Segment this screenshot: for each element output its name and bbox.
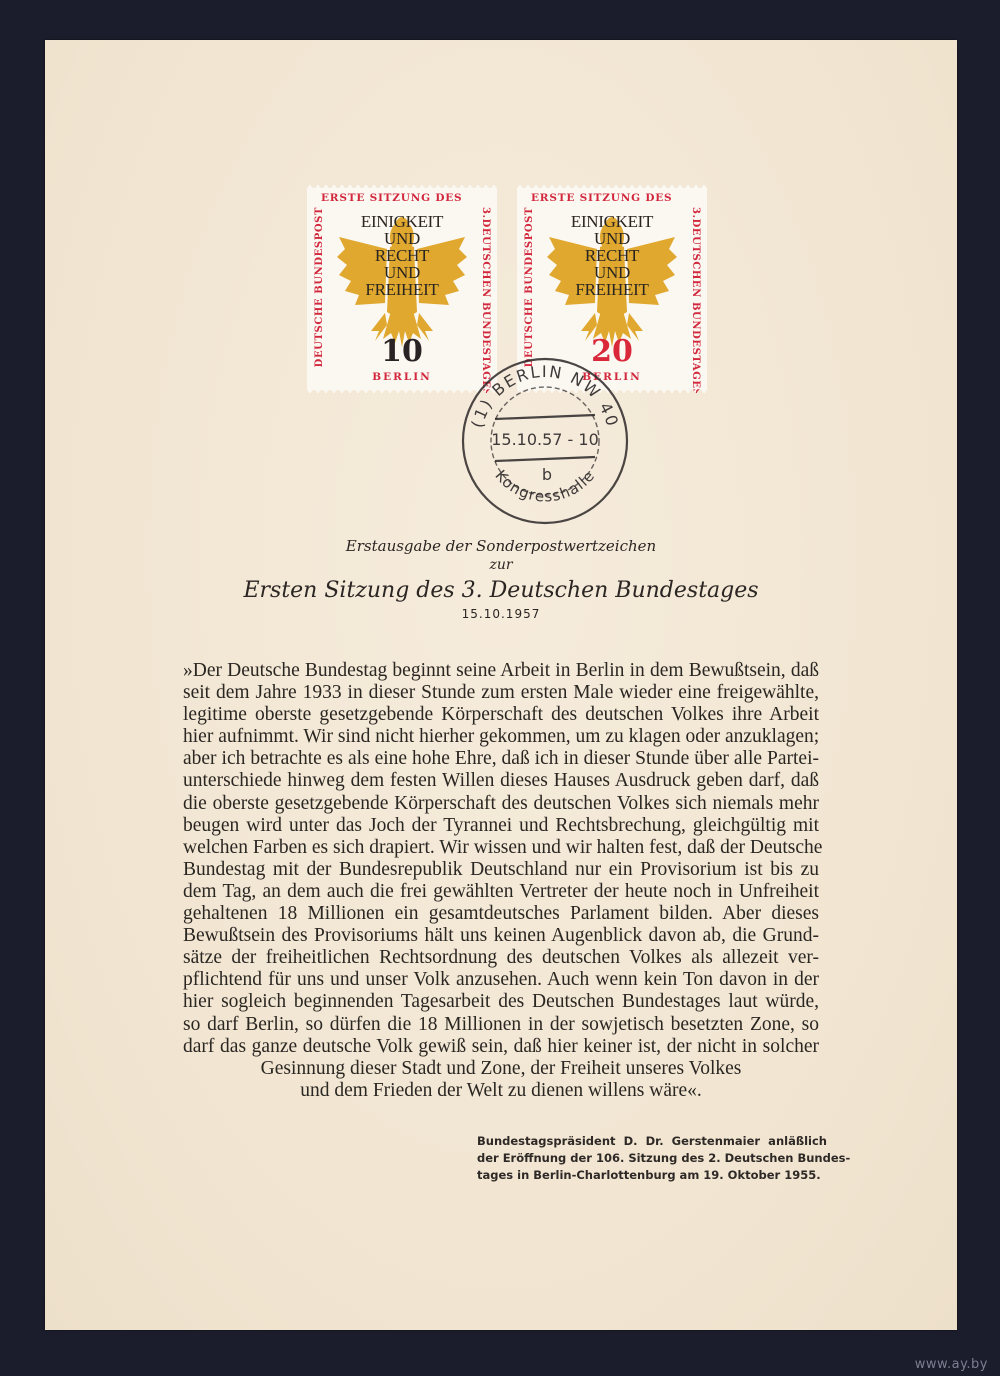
- postmark-letter: b: [542, 465, 552, 484]
- issue-subtitle: Erstausgabe der Sonderpostwertzeichen: [45, 536, 957, 556]
- quote-line: gehaltenen 18 Millionen ein gesamtdeutsc…: [183, 903, 819, 925]
- quote-line: pflichtend für uns und unser Volk anzuse…: [183, 969, 819, 991]
- quote-line: hier aufnimmt. Wir sind nicht hierher ge…: [183, 726, 819, 748]
- motto-line: UND: [517, 264, 707, 281]
- stamp-denomination: 20: [517, 337, 707, 367]
- stamp-denomination: 10: [307, 337, 497, 367]
- stamp-10-pfennig: ERSTE SITZUNG DES DEUTSCHE BUNDESPOST 3.…: [307, 185, 497, 393]
- quote-line: Bewußtsein des Provisoriums hält uns kei…: [183, 925, 819, 947]
- quote-line: unterschiede hinweg dem festen Willen di…: [183, 770, 819, 792]
- motto-line: EINIGKEIT: [517, 213, 707, 230]
- quote-line: sätze der freiheitlichen Rechtsordnung d…: [183, 947, 819, 969]
- motto-line: RECHT: [517, 247, 707, 264]
- motto-line: UND: [517, 230, 707, 247]
- quote-line: die oberste gesetzgebende Körperschaft d…: [183, 793, 819, 815]
- speech-quote: »Der Deutsche Bundestag beginnt seine Ar…: [183, 660, 819, 1102]
- stamp-motto: EINIGKEIT UND RECHT UND FREIHEIT: [307, 213, 497, 298]
- motto-line: FREIHEIT: [517, 281, 707, 298]
- page-title: Ersten Sitzung des 3. Deutschen Bundesta…: [45, 576, 957, 606]
- stamp-top-text: ERSTE SITZUNG DES: [321, 192, 462, 204]
- motto-line: UND: [307, 230, 497, 247]
- motto-line: EINIGKEIT: [307, 213, 497, 230]
- quote-closing-line: Gesinnung dieser Stadt und Zone, der Fre…: [183, 1058, 819, 1080]
- motto-line: UND: [307, 264, 497, 281]
- stamp-motto: EINIGKEIT UND RECHT UND FREIHEIT: [517, 213, 707, 298]
- heading-block: Erstausgabe der Sonderpostwertzeichen zu…: [45, 536, 957, 622]
- attribution-line: Bundestagspräsident D. Dr. Gerstenmaier …: [477, 1133, 827, 1150]
- stamp-top-text: ERSTE SITZUNG DES: [531, 192, 672, 204]
- attribution-line: tages in Berlin-Charlottenburg am 19. Ok…: [477, 1167, 827, 1184]
- quote-line: hier sogleich beginnenden Tagesarbeit de…: [183, 991, 819, 1013]
- quote-line: beugen wird unter das Joch der Tyrannei …: [183, 815, 819, 837]
- quote-line: dem Tag, an dem auch die frei gewählten …: [183, 881, 819, 903]
- quote-attribution: Bundestagspräsident D. Dr. Gerstenmaier …: [477, 1133, 827, 1184]
- stamp-20-pfennig: ERSTE SITZUNG DES DEUTSCHE BUNDESPOST 3.…: [517, 185, 707, 393]
- souvenir-sheet: ERSTE SITZUNG DES DEUTSCHE BUNDESPOST 3.…: [45, 40, 957, 1330]
- issue-date: 15.10.1957: [45, 606, 957, 622]
- motto-line: RECHT: [307, 247, 497, 264]
- quote-line: Bundestag mit der Bundesrepublik Deutsch…: [183, 859, 819, 881]
- quote-line: darf das ganze deutsche Volk gewiß sein,…: [183, 1036, 819, 1058]
- motto-line: FREIHEIT: [307, 281, 497, 298]
- postmark-date: 15.10.57 - 10: [491, 430, 599, 449]
- site-watermark: www.ay.by: [915, 1357, 988, 1372]
- quote-line: so darf Berlin, so dürfen die 18 Million…: [183, 1014, 819, 1036]
- stamp-city: BERLIN: [307, 371, 497, 383]
- quote-line: »Der Deutsche Bundestag beginnt seine Ar…: [183, 660, 819, 682]
- issue-connector: zur: [45, 556, 957, 574]
- stamp-city: BERLIN: [517, 371, 707, 383]
- attribution-line: der Eröffnung der 106. Sitzung des 2. De…: [477, 1150, 827, 1167]
- quote-line: aber ich betrachte es als eine hohe Ehre…: [183, 748, 819, 770]
- svg-text:Kongresshalle: Kongresshalle: [491, 467, 598, 506]
- quote-line: welchen Farben es sich drapiert. Wir wis…: [183, 837, 819, 859]
- quote-line: seit dem Jahre 1933 in dieser Stunde zum…: [183, 682, 819, 704]
- quote-line: legitime oberste gesetzgebende Körpersch…: [183, 704, 819, 726]
- quote-closing-line: und dem Frieden der Welt zu dienen wille…: [183, 1080, 819, 1102]
